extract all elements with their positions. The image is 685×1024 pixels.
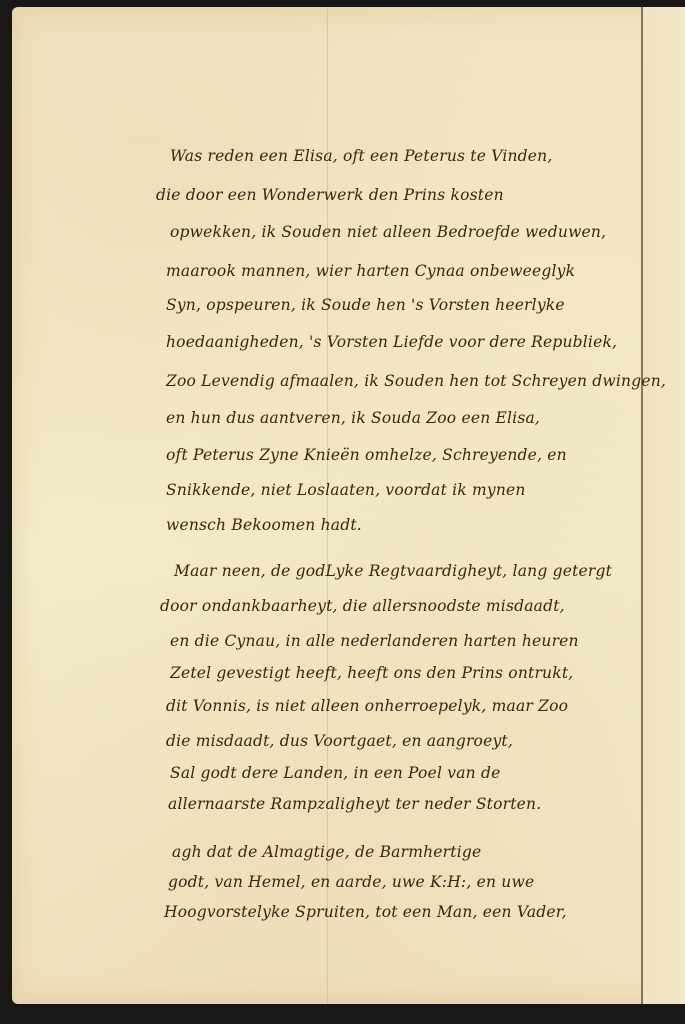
text-line: agh dat de Almagtige, de Barmhertige (172, 843, 481, 861)
text-line: Hoogvorstelyke Spruiten, tot een Man, ee… (164, 903, 567, 921)
text-line: Snikkende, niet Loslaaten, voordat ik my… (166, 481, 526, 499)
text-line: Was reden een Elisa, oft een Peterus te … (170, 147, 552, 165)
text-line: oft Peterus Zyne Knieën omhelze, Schreye… (166, 446, 567, 464)
text-line: die door een Wonderwerk den Prins kosten (156, 186, 504, 204)
text-line: godt, van Hemel, en aarde, uwe K:H:, en … (168, 873, 534, 891)
adjacent-page-edge (643, 7, 685, 1004)
text-line: Sal godt dere Landen, in een Poel van de (170, 764, 500, 782)
text-line: dit Vonnis, is niet alleen onherroepelyk… (166, 697, 568, 715)
scan-background-bottom (0, 1004, 685, 1024)
text-line: wensch Bekoomen hadt. (166, 516, 362, 534)
text-line: die misdaadt, dus Voortgaet, en aangroey… (166, 732, 513, 750)
text-line: Maar neen, de godLyke Regtvaardigheyt, l… (174, 562, 612, 580)
text-line: en hun dus aantveren, ik Souda Zoo een E… (166, 409, 540, 427)
text-line: en die Cynau, in alle nederlanderen hart… (170, 632, 579, 650)
text-line: allernaarste Rampzaligheyt ter neder Sto… (168, 795, 541, 813)
text-line: Zoo Levendig afmaalen, ik Souden hen tot… (166, 372, 666, 390)
text-line: opwekken, ik Souden niet alleen Bedroefd… (170, 223, 606, 241)
text-line: door ondankbaarheyt, die allersnoodste m… (160, 597, 565, 615)
text-line: maarook mannen, wier harten Cynaa onbewe… (166, 262, 575, 280)
text-line: Zetel gevestigt heeft, heeft ons den Pri… (170, 664, 573, 682)
text-line: Syn, opspeuren, ik Soude hen 's Vorsten … (166, 296, 565, 314)
text-line: hoedaanigheden, 's Vorsten Liefde voor d… (166, 333, 617, 351)
